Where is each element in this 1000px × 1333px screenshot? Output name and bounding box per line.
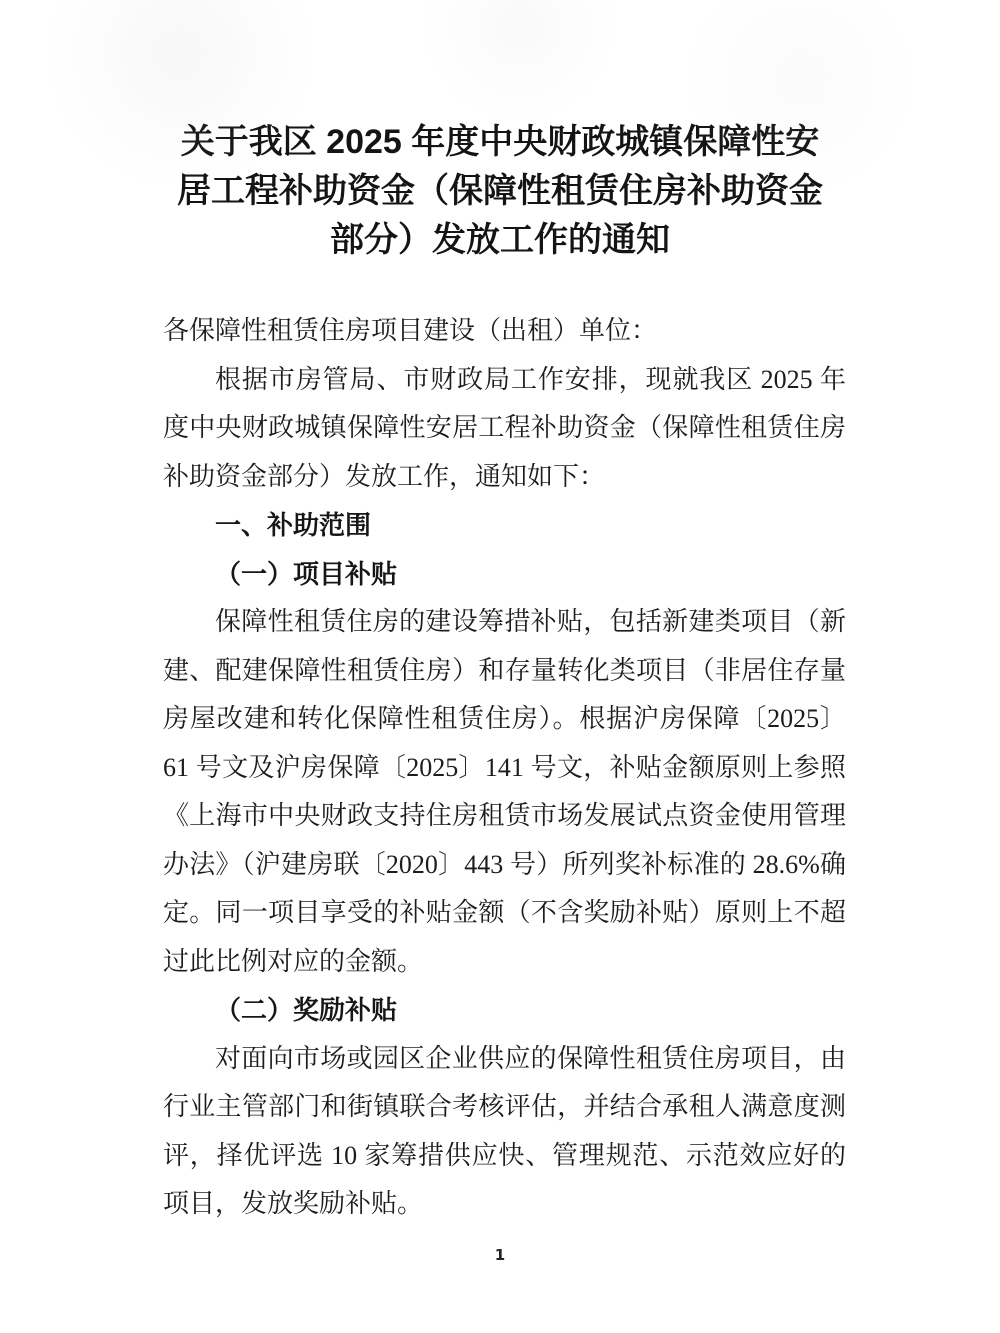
intro-paragraph: 根据市房管局、市财政局工作安排，现就我区 2025 年度中央财政城镇保障性安居工…	[163, 356, 846, 502]
reward-subsidy-paragraph: 对面向市场或园区企业供应的保障性租赁住房项目，由行业主管部门和街镇联合考核评估，…	[163, 1035, 846, 1229]
subsection-heading-project-subsidy: （一）项目补贴	[163, 550, 846, 599]
salutation-line: 各保障性租赁住房项目建设（出租）单位：	[163, 307, 846, 356]
subsection-heading-reward-subsidy: （二）奖励补贴	[163, 986, 846, 1035]
section-heading-subsidy-scope: 一、补助范围	[163, 501, 846, 550]
document-title: 关于我区 2025 年度中央财政城镇保障性安居工程补助资金（保障性租赁住房补助资…	[170, 0, 830, 265]
document-page: 关于我区 2025 年度中央财政城镇保障性安居工程补助资金（保障性租赁住房补助资…	[0, 0, 1000, 1333]
page-number: 1	[0, 1246, 1000, 1264]
document-body: 各保障性租赁住房项目建设（出租）单位： 根据市房管局、市财政局工作安排，现就我区…	[163, 307, 846, 1229]
project-subsidy-paragraph: 保障性租赁住房的建设筹措补贴，包括新建类项目（新建、配建保障性租赁住房）和存量转…	[163, 598, 846, 986]
